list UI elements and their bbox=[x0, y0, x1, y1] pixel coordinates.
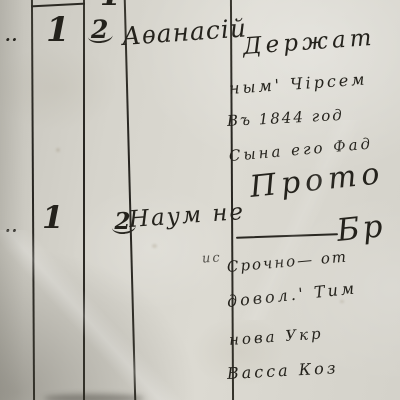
row2-name: Наум не bbox=[128, 199, 246, 233]
row2-ditto-mark: .. bbox=[5, 217, 18, 236]
table-rule-vertical-3 bbox=[124, 0, 137, 400]
entry1-line2: ным' Чірсем bbox=[228, 69, 368, 98]
entry2-line2: Срочно— от bbox=[226, 247, 348, 276]
row2-name-fragment: ис bbox=[202, 250, 223, 266]
bottom-edge-smudge bbox=[44, 394, 144, 400]
table-rule-vertical-1 bbox=[31, 0, 35, 400]
row1-count: 1 bbox=[46, 10, 70, 50]
row2-count: 1 bbox=[42, 200, 64, 236]
header-partial-digit: 1 bbox=[100, 0, 121, 9]
entry2-line4: нова Укр bbox=[228, 324, 324, 349]
flourish-dash bbox=[236, 233, 338, 239]
table-rule-horizontal-top bbox=[31, 3, 85, 8]
row1-number: 2 bbox=[91, 15, 108, 44]
entry2-line1-large-word: Бр bbox=[335, 208, 387, 249]
paper-crease-bottom-left bbox=[0, 230, 180, 400]
entry1-line1: Держат bbox=[242, 25, 376, 60]
row1-number-digit: 2 bbox=[91, 15, 108, 44]
row1-name: Аѳанасій bbox=[121, 13, 248, 51]
row1-ditto-mark: .. bbox=[5, 26, 18, 45]
entry2-line5: Васса Коз bbox=[227, 358, 339, 383]
entry2-line3: довол.' Тим bbox=[226, 278, 358, 311]
entry1-line3: Въ 1844 год bbox=[227, 106, 345, 130]
document-page: 1 .. 1 2 Аѳанасій Держат ным' Чірсем Въ … bbox=[0, 0, 400, 400]
header-partial-digit-clip: 1 bbox=[98, 0, 122, 9]
paper-edge-shadow bbox=[0, 0, 34, 400]
foxing-speck-2 bbox=[56, 148, 60, 152]
foxing-speck-3 bbox=[340, 300, 344, 303]
table-rule-vertical-2 bbox=[83, 0, 85, 400]
foxing-speck-1 bbox=[152, 244, 157, 248]
entry1-line5-large-word: Прото bbox=[248, 156, 386, 205]
